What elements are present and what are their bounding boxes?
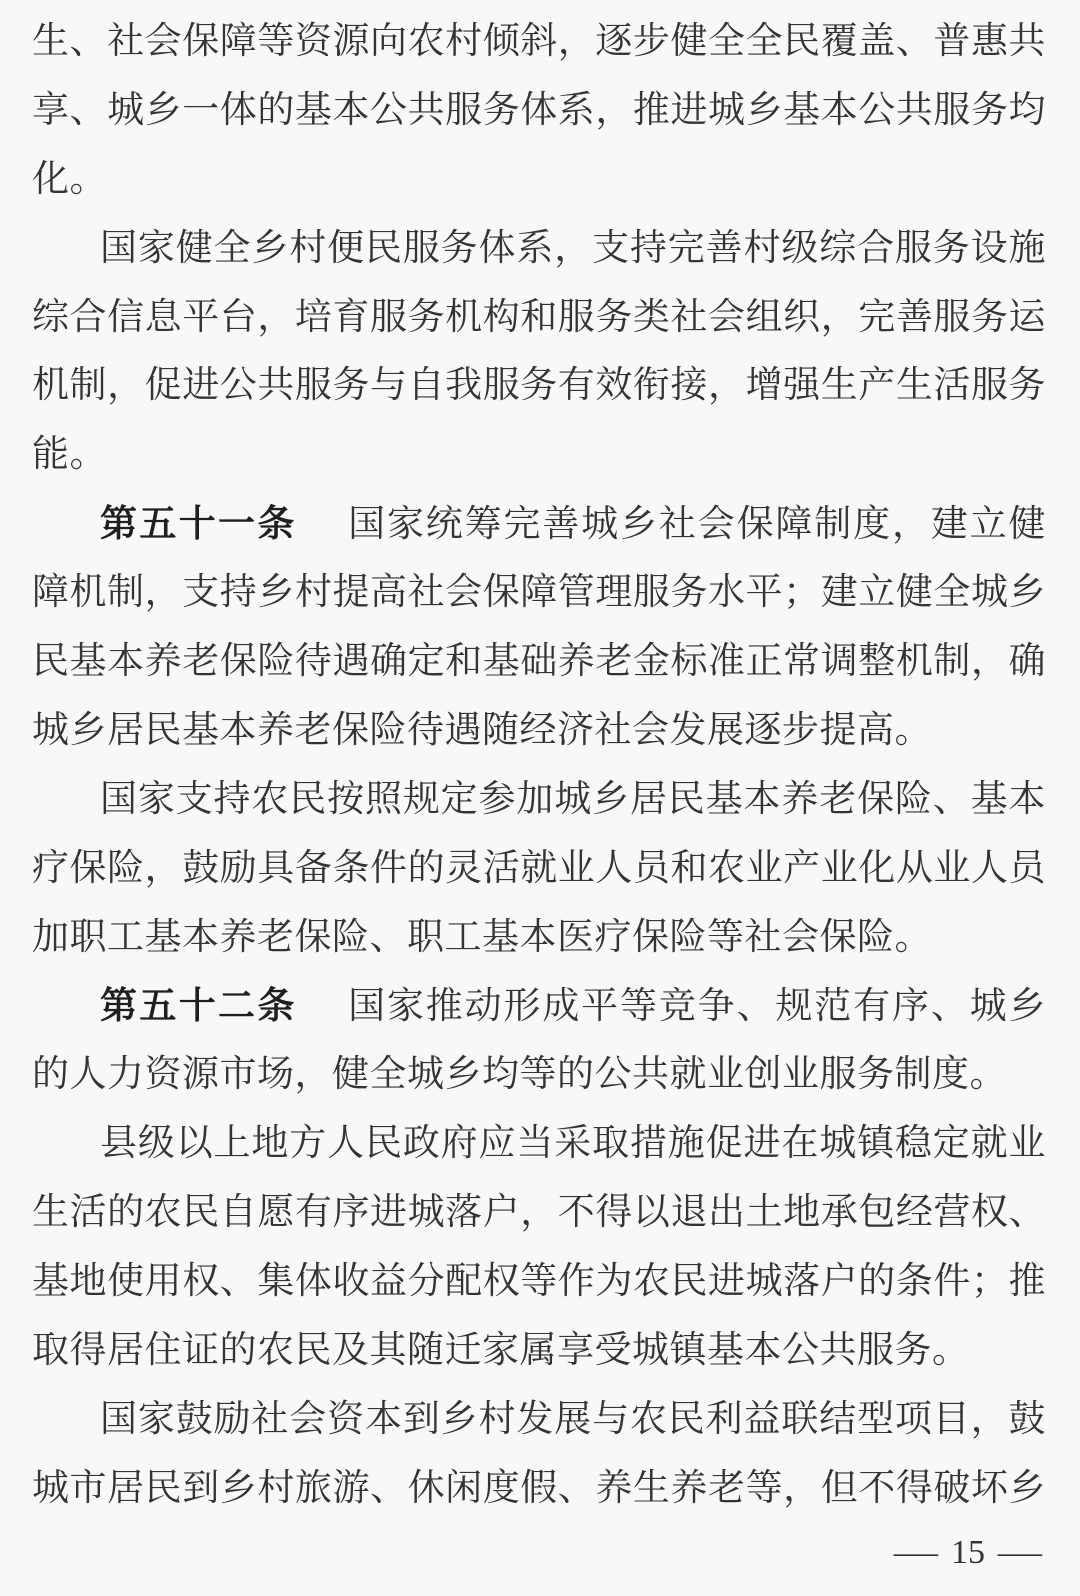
- body-text: 城乡居民基本养老保险待遇随经济社会发展逐步提高。: [32, 710, 932, 751]
- article-heading-gap: [297, 1017, 347, 1018]
- body-text: 生活的农民自愿有序进城落户，不得以退出土地承包经营权、宅: [32, 1192, 1046, 1248]
- text-line: 化。: [32, 146, 1046, 215]
- footer-dash-right: —: [998, 1534, 1042, 1572]
- text-line: 国家支持农民按照规定参加城乡居民基本养老保险、基本医: [32, 766, 1046, 835]
- text-line: 疗保险，鼓励具备条件的灵活就业人员和农业产业化从业人员参: [32, 835, 1046, 904]
- text-line: 综合信息平台，培育服务机构和服务类社会组织，完善服务运行: [32, 284, 1046, 353]
- text-line: 国家健全乡村便民服务体系，支持完善村级综合服务设施和: [32, 215, 1046, 284]
- body-text: 能。: [32, 434, 107, 475]
- text-line: 民基本养老保险待遇确定和基础养老金标准正常调整机制，确保: [32, 628, 1046, 697]
- text-line: 加职工基本养老保险、职工基本医疗保险等社会保险。: [32, 904, 1046, 973]
- page-footer: — 15 —: [899, 1530, 1037, 1576]
- body-text: 国家支持农民按照规定参加城乡居民基本养老保险、基本医: [32, 779, 1046, 835]
- body-text: 国家健全乡村便民服务体系，支持完善村级综合服务设施和: [32, 228, 1046, 284]
- text-line: 第五十二条国家推动形成平等竞争、规范有序、城乡统一: [32, 972, 1046, 1041]
- body-text: 享、城乡一体的基本公共服务体系，推进城乡基本公共服务均等: [32, 90, 1046, 146]
- body-text: 综合信息平台，培育服务机构和服务类社会组织，完善服务运行: [32, 297, 1046, 353]
- footer-dash-left: —: [894, 1534, 938, 1572]
- law-text: 生、社会保障等资源向农村倾斜，逐步健全全民覆盖、普惠共享、城乡一体的基本公共服务…: [32, 8, 1046, 1524]
- scanned-law-page: { "page": { "background_color": "#f8f8f6…: [0, 0, 1080, 1596]
- article-number-heading: 第五十二条: [100, 985, 297, 1026]
- body-text: 化。: [32, 159, 107, 200]
- body-text: 基地使用权、集体收益分配权等作为农民进城落户的条件；推进: [32, 1261, 1046, 1317]
- body-text: 的人力资源市场，健全城乡均等的公共就业创业服务制度。: [32, 1054, 1007, 1095]
- text-line: 基地使用权、集体收益分配权等作为农民进城落户的条件；推进: [32, 1248, 1046, 1317]
- text-line: 的人力资源市场，健全城乡均等的公共就业创业服务制度。: [32, 1041, 1046, 1110]
- article-heading-gap: [297, 535, 347, 536]
- body-text: 加职工基本养老保险、职工基本医疗保险等社会保险。: [32, 917, 932, 958]
- page-number: 15: [951, 1534, 985, 1572]
- body-text: 城市居民到乡村旅游、休闲度假、养生养老等，但不得破坏乡村: [32, 1468, 1046, 1524]
- body-text: 疗保险，鼓励具备条件的灵活就业人员和农业产业化从业人员参: [32, 848, 1046, 904]
- body-text: 机制，促进公共服务与自我服务有效衔接，增强生产生活服务功: [32, 365, 1046, 421]
- text-line: 县级以上地方人民政府应当采取措施促进在城镇稳定就业和: [32, 1110, 1046, 1179]
- text-line: 生、社会保障等资源向农村倾斜，逐步健全全民覆盖、普惠共: [32, 8, 1046, 77]
- text-line: 城乡居民基本养老保险待遇随经济社会发展逐步提高。: [32, 697, 1046, 766]
- text-line: 城市居民到乡村旅游、休闲度假、养生养老等，但不得破坏乡村: [32, 1455, 1046, 1524]
- text-line: 能。: [32, 421, 1046, 490]
- text-line: 机制，促进公共服务与自我服务有效衔接，增强生产生活服务功: [32, 352, 1046, 421]
- body-text: 国家鼓励社会资本到乡村发展与农民利益联结型项目，鼓励: [32, 1399, 1046, 1455]
- text-line: 国家鼓励社会资本到乡村发展与农民利益联结型项目，鼓励: [32, 1386, 1046, 1455]
- body-text: 生、社会保障等资源向农村倾斜，逐步健全全民覆盖、普惠共: [32, 21, 1046, 62]
- body-text: 民基本养老保险待遇确定和基础养老金标准正常调整机制，确保: [32, 641, 1046, 697]
- body-text: 县级以上地方人民政府应当采取措施促进在城镇稳定就业和: [32, 1123, 1046, 1179]
- text-line: 第五十一条国家统筹完善城乡社会保障制度，建立健全保: [32, 490, 1046, 559]
- body-text: 取得居住证的农民及其随迁家属享受城镇基本公共服务。: [32, 1330, 970, 1371]
- article-number-heading: 第五十一条: [100, 503, 297, 544]
- text-line: 生活的农民自愿有序进城落户，不得以退出土地承包经营权、宅: [32, 1179, 1046, 1248]
- text-line: 取得居住证的农民及其随迁家属享受城镇基本公共服务。: [32, 1317, 1046, 1386]
- body-text: 障机制，支持乡村提高社会保障管理服务水平；建立健全城乡居: [32, 572, 1046, 628]
- document-page: 生、社会保障等资源向农村倾斜，逐步健全全民覆盖、普惠共享、城乡一体的基本公共服务…: [0, 0, 1080, 1596]
- text-line: 障机制，支持乡村提高社会保障管理服务水平；建立健全城乡居: [32, 559, 1046, 628]
- text-line: 享、城乡一体的基本公共服务体系，推进城乡基本公共服务均等: [32, 77, 1046, 146]
